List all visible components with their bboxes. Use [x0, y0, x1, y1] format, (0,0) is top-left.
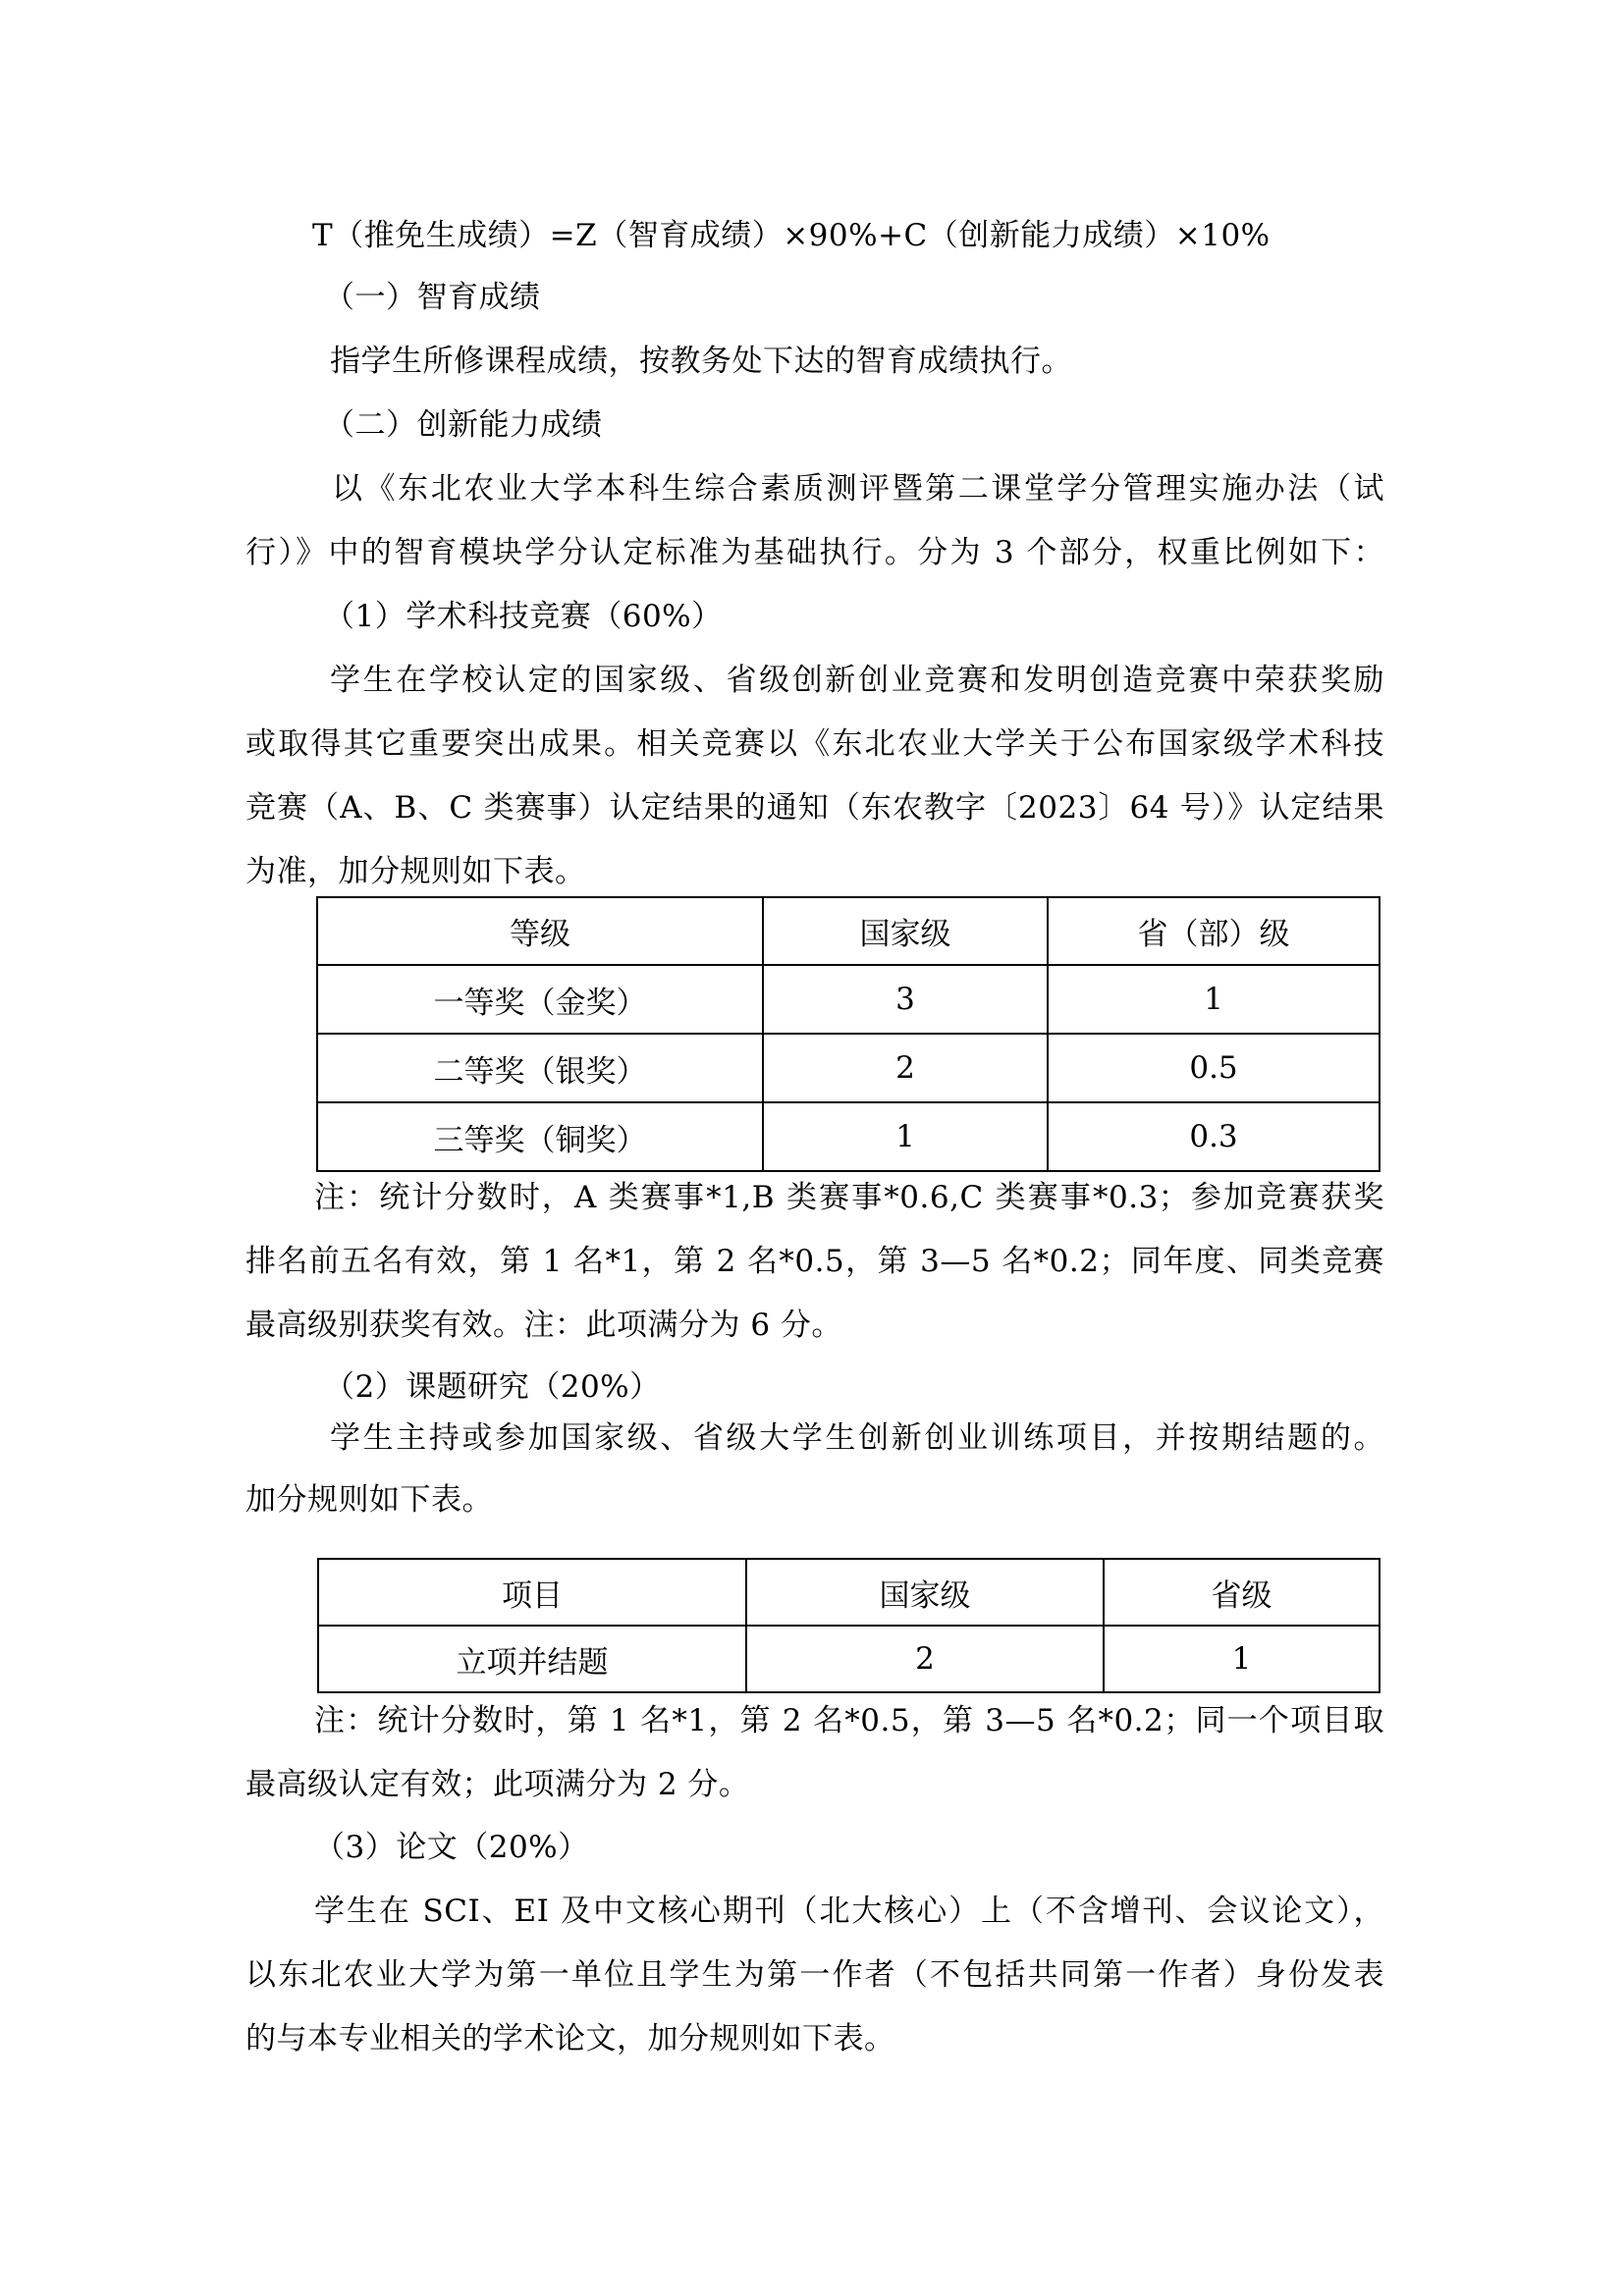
paragraph: 以《东北农业大学本科生综合素质测评暨第二课堂学分管理实施办法（试 [332, 469, 1384, 508]
note: 最高级认定有效；此项满分为 2 分。 [245, 1765, 749, 1804]
table-row: 立项并结题 2 1 [318, 1626, 1380, 1692]
note: 最高级别获奖有效。注：此项满分为 6 分。 [245, 1306, 842, 1345]
table-header: 国家级 [746, 1559, 1104, 1626]
table-header: 项目 [318, 1559, 746, 1626]
note: 注：统计分数时，A 类赛事*1,B 类赛事*0.6,C 类赛事*0.3；参加竞赛… [314, 1178, 1384, 1217]
table-cell: 二等奖（银奖） [317, 1034, 763, 1102]
paragraph: 或取得其它重要突出成果。相关竞赛以《东北农业大学关于公布国家级学术科技 [245, 724, 1384, 764]
table-cell: 3 [763, 965, 1048, 1034]
paragraph: 学生在 SCI、EI 及中文核心期刊（北大核心）上（不含增刊、会议论文）， [314, 1892, 1384, 1931]
table-cell: 三等奖（铜奖） [317, 1102, 763, 1171]
paragraph: 行）》中的智育模块学分认定标准为基础执行。分为 3 个部分，权重比例如下： [245, 533, 1384, 572]
formula: T（推免生成绩）=Z（智育成绩）×90%+C（创新能力成绩）×10% [312, 216, 1271, 255]
table-header-row: 项目 国家级 省级 [318, 1559, 1380, 1626]
note: 注：统计分数时，第 1 名*1，第 2 名*0.5，第 3—5 名*0.2；同一… [314, 1701, 1384, 1740]
table-cell: 立项并结题 [318, 1626, 746, 1692]
research-score-table: 项目 国家级 省级 立项并结题 2 1 [317, 1558, 1380, 1693]
paragraph: 竞赛（A、B、C 类赛事）认定结果的通知（东农教字〔2023〕64 号）》认定结… [245, 788, 1384, 828]
section-heading-innovation: （二）创新能力成绩 [324, 405, 603, 445]
table-cell: 2 [763, 1034, 1048, 1102]
part-heading-research: （2）课题研究（20%） [324, 1367, 661, 1407]
table-header-row: 等级 国家级 省（部）级 [317, 897, 1380, 965]
paragraph: 加分规则如下表。 [245, 1480, 493, 1520]
table-row: 三等奖（铜奖） 1 0.3 [317, 1102, 1380, 1171]
part-heading-competition: （1）学术科技竞赛（60%） [324, 597, 723, 636]
paragraph: 以东北农业大学为第一单位且学生为第一作者（不包括共同第一作者）身份发表 [245, 1955, 1384, 1995]
table-cell: 1 [763, 1102, 1048, 1171]
table-cell: 0.3 [1048, 1102, 1380, 1171]
table-header: 省级 [1104, 1559, 1380, 1626]
table-header: 等级 [317, 897, 763, 965]
table-cell: 1 [1048, 965, 1380, 1034]
part-heading-papers: （3）论文（20%） [314, 1828, 589, 1867]
note: 排名前五名有效，第 1 名*1，第 2 名*0.5，第 3—5 名*0.2；同年… [245, 1242, 1384, 1281]
paragraph: 学生在学校认定的国家级、省级创新创业竞赛和发明创造竞赛中荣获奖励 [330, 661, 1384, 700]
table-row: 二等奖（银奖） 2 0.5 [317, 1034, 1380, 1102]
paragraph: 的与本专业相关的学术论文，加分规则如下表。 [245, 2019, 895, 2058]
table-cell: 2 [746, 1626, 1104, 1692]
table-row: 一等奖（金奖） 3 1 [317, 965, 1380, 1034]
competition-score-table: 等级 国家级 省（部）级 一等奖（金奖） 3 1 二等奖（银奖） 2 0.5 三… [316, 896, 1380, 1172]
paragraph: 指学生所修课程成绩，按教务处下达的智育成绩执行。 [330, 342, 1072, 381]
table-cell: 1 [1104, 1626, 1380, 1692]
table-cell: 一等奖（金奖） [317, 965, 763, 1034]
paragraph: 学生主持或参加国家级、省级大学生创新创业训练项目，并按期结题的。 [330, 1418, 1384, 1458]
paragraph: 为准，加分规则如下表。 [245, 852, 586, 891]
table-cell: 0.5 [1048, 1034, 1380, 1102]
table-header: 省（部）级 [1048, 897, 1380, 965]
section-heading-intellectual: （一）智育成绩 [324, 278, 541, 317]
table-header: 国家级 [763, 897, 1048, 965]
